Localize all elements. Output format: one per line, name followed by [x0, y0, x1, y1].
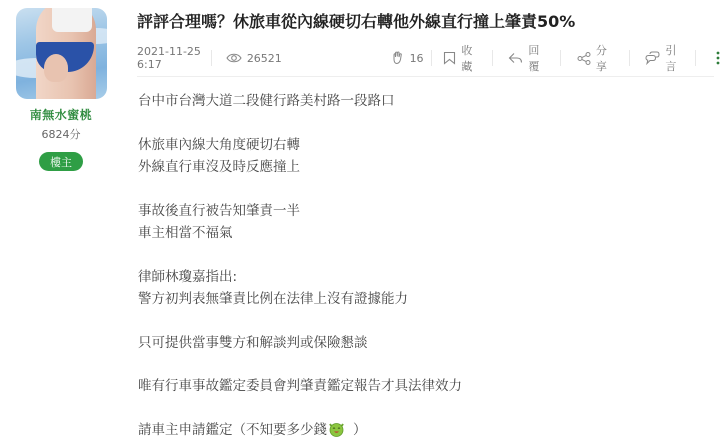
divider: [492, 50, 493, 66]
author-score: 6824分: [42, 126, 81, 142]
share-button[interactable]: 分享: [577, 42, 615, 74]
quote-button[interactable]: 引言: [645, 42, 683, 74]
forum-post: 南無水蜜桃 6824分 樓主 評評合理嗎？休旅車從內線硬切右轉他外線直行撞上肇責…: [0, 0, 720, 441]
body-line: 警方初判表無肇責比例在法律上沒有證據能力: [138, 288, 462, 311]
post-timestamp: 2021-11-25 6:17: [137, 45, 211, 71]
share-icon: [577, 52, 591, 65]
vertical-ellipsis-icon: [716, 51, 720, 65]
gp-button[interactable]: 16: [391, 51, 424, 65]
body-line: 休旅車內線大角度硬切右轉: [138, 134, 462, 157]
author-panel: 南無水蜜桃 6824分 樓主: [0, 0, 122, 171]
author-name[interactable]: 南無水蜜桃: [30, 106, 93, 123]
divider: [629, 50, 630, 66]
divider: [431, 50, 432, 66]
reply-arrow-icon: [508, 52, 523, 64]
post-main: 評評合理嗎？休旅車從內線硬切右轉他外線直行撞上肇責50% 2021-11-25 …: [137, 0, 720, 33]
body-line-last: 請車主申請鑑定（不知要多少錢）: [138, 419, 462, 441]
body-line: 唯有行車事故鑑定委員會判肇責鑑定報告才具法律效力: [138, 375, 462, 398]
eye-icon: [226, 52, 242, 64]
divider: [560, 50, 561, 66]
body-line: 台中市台灣大道二段健行路美村路一段路口: [138, 90, 462, 113]
body-line: 事故後直行被告知肇責一半: [138, 200, 462, 223]
body-line: 外線直行車沒及時反應撞上: [138, 156, 462, 179]
view-count: 26521: [226, 52, 391, 65]
reply-button[interactable]: 回覆: [508, 42, 546, 74]
bookmark-button[interactable]: 收藏: [443, 42, 479, 74]
post-title: 評評合理嗎？休旅車從內線硬切右轉他外線直行撞上肇責50%: [137, 11, 720, 33]
divider: [695, 50, 696, 66]
clap-hand-icon: [391, 51, 405, 65]
divider: [137, 76, 714, 77]
body-line: 只可提供當事雙方和解談判或保險懇談: [138, 332, 462, 355]
body-line: 律師林瓊嘉指出:: [138, 266, 462, 289]
op-badge: 樓主: [39, 152, 83, 171]
green-devil-emoji-icon: [328, 421, 345, 437]
bookmark-icon: [443, 51, 456, 65]
body-line: 車主相當不福氣: [138, 222, 462, 245]
more-options-button[interactable]: [716, 51, 720, 65]
post-meta-bar: 2021-11-25 6:17 26521 16 收藏: [137, 46, 720, 70]
post-body: 台中市台灣大道二段健行路美村路一段路口 休旅車內線大角度硬切右轉 外線直行車沒及…: [138, 90, 462, 441]
avatar[interactable]: [16, 8, 107, 99]
divider: [211, 50, 212, 66]
quote-bubble-icon: [645, 51, 660, 65]
